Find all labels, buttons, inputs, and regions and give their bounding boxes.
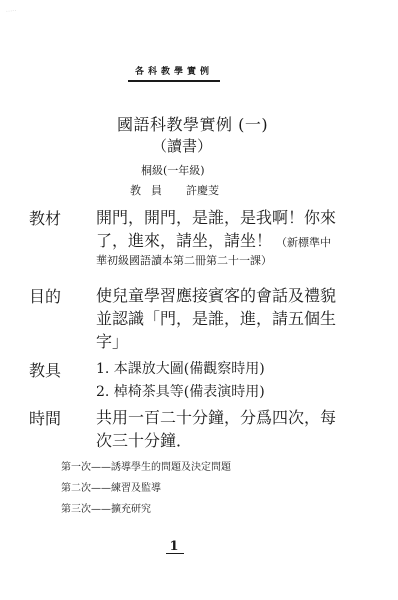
schedule-item: 第一次——誘導學生的問題及決定問題 [61,458,231,473]
section-label: 教材 [29,206,61,229]
section-body: 共用一百二十分鐘，分爲四次，每 次三十分鐘． [96,406,356,452]
section-line: 使兒童學習應接賓客的會話及禮貌 [96,284,356,307]
teacher-name: 許慶芰 [186,184,219,197]
section-body: 開門，開門，是誰，是我啊！你來 了，進來，請坐，請坐！（新標準中 華初級國語讀本… [96,206,356,270]
teacher-role: 教員 [130,184,172,197]
section-line: 了，進來，請坐，請坐！（新標準中 [96,229,356,252]
section-line-text: 了，進來，請坐，請坐！ [96,231,272,250]
running-head: 各科教學實例 [128,64,220,77]
section-line: 並認識「門，是誰，進，請五個生 [96,307,356,330]
grade-level: 桐級(一年級) [141,162,205,178]
teacher-line: 教員許慶芰 [130,182,219,198]
page-subtitle: （讀書） [152,135,212,156]
aid-item: 1. 本課放大圖(備觀察時用) [96,358,356,381]
aid-item: 2. 棹椅茶具等(備表演時用) [96,381,356,404]
section-line: 共用一百二十分鐘，分爲四次，每 [96,406,356,429]
section-label: 教具 [29,358,61,381]
section-label: 目的 [29,284,61,307]
section-label: 時間 [29,406,61,429]
section-body: 使兒童學習應接賓客的會話及禮貌 並認識「門，是誰，進，請五個生 字」 [96,284,356,353]
source-note: （新標準中 [276,236,331,249]
schedule-item: 第二次——練習及監導 [61,479,161,494]
source-note-continued: 華初級國語讀本第二冊第二十一課） [96,252,356,270]
section-line: 次三十分鐘． [96,429,356,452]
running-head-rule [128,80,220,82]
page-title: 國語科教學實例 (一) [117,112,268,135]
section-line: 字」 [96,330,356,353]
section-body: 1. 本課放大圖(備觀察時用) 2. 棹椅茶具等(備表演時用) [96,358,356,404]
section-line: 開門，開門，是誰，是我啊！你來 [96,206,356,229]
page-number-rule [166,553,184,554]
scan-watermark: ····· [6,8,17,15]
schedule-item: 第三次——擴充研究 [61,500,151,515]
page-number: 1 [167,541,181,553]
